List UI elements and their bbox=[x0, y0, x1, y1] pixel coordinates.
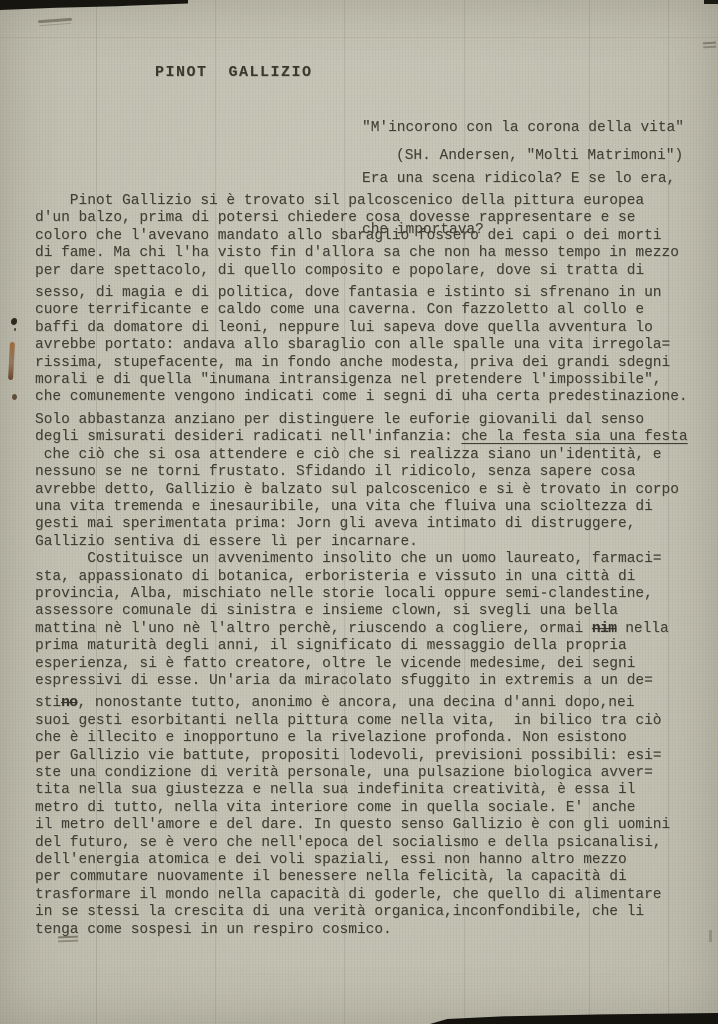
text-segment: Pinot Gallizio si è trovato sil palcosce… bbox=[35, 193, 644, 209]
text-segment: d'un balzo, prima di potersi chiedere co… bbox=[35, 210, 635, 226]
typewritten-line: nessuno se ne torni frustato. Sfidando i… bbox=[35, 464, 707, 481]
typewritten-line: mattina nè l'uno nè l'altro perchè, rius… bbox=[35, 621, 707, 638]
typewritten-line: provincia, Alba, mischiato nelle storie … bbox=[35, 586, 707, 603]
typewritten-line: tita nella sua giustezza e nella sua ind… bbox=[35, 782, 707, 799]
text-segment: che comunemente vengono indicati come i … bbox=[35, 389, 688, 405]
text-segment: mattina nè l'uno nè l'altro perchè, rius… bbox=[35, 621, 592, 637]
text-segment: sesso, di magia e di politica, dove fant… bbox=[35, 285, 662, 301]
typewritten-line: che comunemente vengono indicati come i … bbox=[35, 389, 707, 406]
typewritten-line: suoi gesti esorbitanti nella pittura com… bbox=[35, 713, 707, 730]
typewritten-line: in se stessi la crescita di una verità o… bbox=[35, 904, 707, 921]
text-segment: che ciò che si osa attendere e ciò che s… bbox=[35, 447, 662, 463]
text-segment: nella bbox=[617, 621, 669, 637]
typewritten-line: tenga come sospesi in un respiro cosmico… bbox=[35, 922, 707, 939]
text-segment: dell'energia atomica e dei voli spaziali… bbox=[35, 852, 627, 868]
text-segment: esperienza, si è fatto creatore, oltre l… bbox=[35, 656, 635, 672]
text-segment: baffi da domatore di leoni, neppure lui … bbox=[35, 320, 653, 336]
text-segment: rissima, stupefacente, ma in fondo anche… bbox=[35, 355, 670, 371]
text-segment: Solo abbastanza anziano per distinguere … bbox=[35, 412, 644, 428]
typewritten-line: una vita tremenda e inesauribile, una vi… bbox=[35, 499, 707, 516]
overstruck-text: no bbox=[61, 695, 77, 711]
typewritten-line: Costituisce un avvenimento insolito che … bbox=[35, 551, 707, 568]
typewritten-line: Solo abbastanza anziano per distinguere … bbox=[35, 412, 707, 429]
typewritten-line: baffi da domatore di leoni, neppure lui … bbox=[35, 320, 707, 337]
text-segment: per Gallizio vie battute, propositi lode… bbox=[35, 748, 662, 764]
text-segment: di fame. Ma chi l'ha visto fin d'allora … bbox=[35, 245, 679, 261]
text-segment: ste una condizione di verità personale, … bbox=[35, 765, 653, 781]
text-segment: tita nella sua giustezza e nella sua ind… bbox=[35, 782, 635, 798]
text-segment: una vita tremenda e inesauribile, una vi… bbox=[35, 499, 653, 515]
text-segment: tenga come sospesi in un respiro cosmico… bbox=[35, 922, 392, 938]
epigraph-attribution: (SH. Andersen, "Molti Matrimoni") bbox=[396, 148, 683, 164]
text-segment: del futuro, se è vero che nell'epoca del… bbox=[35, 835, 662, 851]
text-segment: Gallizio sentiva di essere lì per incarn… bbox=[35, 534, 418, 550]
typewritten-line: che ciò che si osa attendere e ciò che s… bbox=[35, 447, 707, 464]
typewritten-line: assessore comunale di sinistra e insieme… bbox=[35, 603, 707, 620]
document-page: PINOT GALLIZIO "M'incorono con la corona… bbox=[0, 0, 718, 1024]
text-segment: per dare spettacolo, di quello composito… bbox=[35, 263, 644, 279]
text-segment: suoi gesti esorbitanti nella pittura com… bbox=[35, 713, 662, 729]
typewritten-line: prima maturità degli anni, il significat… bbox=[35, 638, 707, 655]
text-segment: avrebbe detto, Gallizio è balzato sul pa… bbox=[35, 482, 679, 498]
pencil-scribble-mark bbox=[38, 18, 72, 23]
text-segment: trasformare il mondo nella capacità di g… bbox=[35, 887, 662, 903]
typewritten-line: per Gallizio vie battute, propositi lode… bbox=[35, 748, 707, 765]
typewritten-line: esperienza, si è fatto creatore, oltre l… bbox=[35, 656, 707, 673]
text-segment: il metro dell'amore e del dare. In quest… bbox=[35, 817, 670, 833]
typewritten-line: per dare spettacolo, di quello composito… bbox=[35, 263, 707, 280]
scan-edge-top bbox=[0, 0, 188, 10]
typewritten-line: di fame. Ma chi l'ha visto fin d'allora … bbox=[35, 245, 707, 262]
text-segment: in se stessi la crescita di una verità o… bbox=[35, 904, 644, 920]
typewritten-line: del futuro, se è vero che nell'epoca del… bbox=[35, 835, 707, 852]
scan-edge-top-right bbox=[704, 0, 718, 4]
text-segment: provincia, Alba, mischiato nelle storie … bbox=[35, 586, 653, 602]
typewritten-line: trasformare il mondo nella capacità di g… bbox=[35, 887, 707, 904]
underlined-text: che la festa sia una festa bbox=[461, 429, 687, 445]
typewritten-line: dell'energia atomica e dei voli spaziali… bbox=[35, 852, 707, 869]
typewritten-line: rissima, stupefacente, ma in fondo anche… bbox=[35, 355, 707, 372]
typewritten-line: cuore terrificante e caldo come una cave… bbox=[35, 302, 707, 319]
typewritten-body: Pinot Gallizio si è trovato sil palcosce… bbox=[35, 193, 707, 939]
faint-right-mark bbox=[709, 930, 712, 942]
text-segment: metro di tutto, nella vita interiore com… bbox=[35, 800, 635, 816]
typewritten-line: Pinot Gallizio si è trovato sil palcosce… bbox=[35, 193, 707, 210]
page-title: PINOT GALLIZIO bbox=[155, 64, 313, 81]
typewritten-line: morali e di quella "inumana intransigenz… bbox=[35, 372, 707, 389]
text-segment: sti bbox=[35, 695, 61, 711]
typewritten-line: stino, nonostante tutto, anonimo è ancor… bbox=[35, 695, 707, 712]
text-segment: per commutare nuovamente il benessere ne… bbox=[35, 869, 627, 885]
text-segment: avrebbe portato: andava allo sbaraglio c… bbox=[35, 337, 670, 353]
epigraph-line: "M'incorono con la corona della vita" bbox=[362, 120, 684, 137]
text-segment: gesti mai sperimentata prima: Jorn gli a… bbox=[35, 516, 635, 532]
typewritten-line: il metro dell'amore e del dare. In quest… bbox=[35, 817, 707, 834]
text-segment: prima maturità degli anni, il significat… bbox=[35, 638, 627, 654]
rust-stain-mark bbox=[8, 342, 15, 380]
typewritten-line: Gallizio sentiva di essere lì per incarn… bbox=[35, 534, 707, 551]
text-segment: che è illecito e inopportuno e la rivela… bbox=[35, 730, 627, 746]
typewritten-line: che è illecito e inopportuno e la rivela… bbox=[35, 730, 707, 747]
typewritten-line: sta, appassionato di botanica, erboriste… bbox=[35, 569, 707, 586]
typewritten-line: metro di tutto, nella vita interiore com… bbox=[35, 800, 707, 817]
typewritten-line: coloro che l'avevano mandato allo sbarag… bbox=[35, 228, 707, 245]
equals-mark-right bbox=[703, 42, 716, 45]
typewritten-line: avrebbe portato: andava allo sbaraglio c… bbox=[35, 337, 707, 354]
scan-edge-bottom bbox=[430, 1013, 718, 1024]
ink-dot-mark bbox=[11, 318, 17, 325]
overstruck-text: nim bbox=[592, 621, 617, 637]
text-segment: coloro che l'avevano mandato allo sbarag… bbox=[35, 228, 662, 244]
typewritten-line: sesso, di magia e di politica, dove fant… bbox=[35, 285, 707, 302]
rust-dot-mark bbox=[12, 394, 17, 400]
crease-line bbox=[0, 37, 718, 38]
text-segment: nessuno se ne torni frustato. Sfidando i… bbox=[35, 464, 635, 480]
typewritten-line: ste una condizione di verità personale, … bbox=[35, 765, 707, 782]
text-segment: sta, appassionato di botanica, erboriste… bbox=[35, 569, 635, 585]
typewritten-line: per commutare nuovamente il benessere ne… bbox=[35, 869, 707, 886]
text-segment: assessore comunale di sinistra e insieme… bbox=[35, 603, 618, 619]
text-segment: , nonostante tutto, anonimo è ancora, un… bbox=[78, 695, 635, 711]
typewritten-line: avrebbe detto, Gallizio è balzato sul pa… bbox=[35, 482, 707, 499]
text-segment: Costituisce un avvenimento insolito che … bbox=[35, 551, 662, 567]
epigraph-line: Era una scena ridicola? E se lo era, bbox=[362, 171, 684, 188]
text-segment: cuore terrificante e caldo come una cave… bbox=[35, 302, 644, 318]
typewritten-line: espressivi di esse. Un'aria da miracolat… bbox=[35, 673, 707, 690]
typewritten-line: gesti mai sperimentata prima: Jorn gli a… bbox=[35, 516, 707, 533]
text-segment: degli smisurati desideri radicati nell'i… bbox=[35, 429, 461, 445]
typewritten-line: d'un balzo, prima di potersi chiedere co… bbox=[35, 210, 707, 227]
text-segment: morali e di quella "inumana intransigenz… bbox=[35, 372, 662, 388]
typewritten-line: degli smisurati desideri radicati nell'i… bbox=[35, 429, 707, 446]
text-segment: espressivi di esse. Un'aria da miracolat… bbox=[35, 673, 653, 689]
